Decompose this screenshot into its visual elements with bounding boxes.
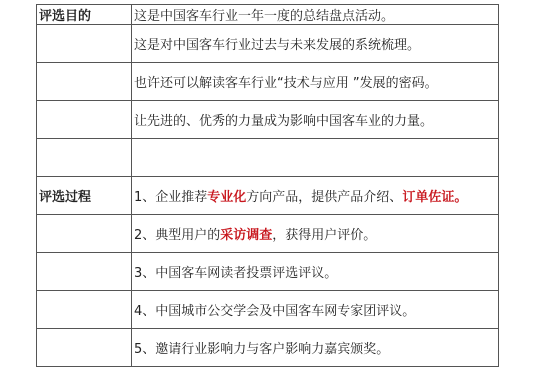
table-row: 也许还可以解读客车行业“技术与应用 ”发展的密码。 (37, 63, 499, 101)
table-cell: 让先进的、优秀的力量成为影响中国客车业的力量。 (132, 101, 499, 139)
cell-text: 也许还可以解读客车行业“技术与应用 ”发展的密码。 (134, 76, 438, 91)
cell-text: 4、中国城市公交学会及中国客车网专家团评议。 (134, 304, 415, 319)
highlight-text: 专业化 (207, 190, 246, 205)
cell-text: 这是对中国客车行业过去与未来发展的系统梳理。 (134, 38, 420, 53)
empty-label-cell (37, 253, 132, 291)
table-cell: 3、中国客车网读者投票评选评议。 (132, 253, 499, 291)
table-cell: 这是中国客车行业一年一度的总结盘点活动。 (132, 5, 499, 25)
empty-cell (132, 139, 499, 177)
cell-text: 1、企业推荐 (134, 190, 207, 205)
cell-text: 让先进的、优秀的力量成为影响中国客车业的力量。 (134, 114, 433, 129)
cell-text: 3、中国客车网读者投票评选评议。 (134, 266, 337, 281)
highlight-text: 订单佐证。 (402, 190, 467, 205)
cell-text: ，获得用户评价。 (272, 228, 376, 243)
cell-text: 5、邀请行业影响力与客户影响力嘉宾颁奖。 (134, 342, 389, 357)
table-row: 4、中国城市公交学会及中国客车网专家团评议。 (37, 291, 499, 329)
table-row (37, 139, 499, 177)
table-row: 3、中国客车网读者投票评选评议。 (37, 253, 499, 291)
cell-text: 这是中国客车行业一年一度的总结盘点活动。 (134, 9, 394, 24)
empty-label-cell (37, 215, 132, 253)
section-label-purpose: 评选目的 (37, 5, 132, 25)
table-row: 评选过程 1、企业推荐专业化方向产品，提供产品介绍、订单佐证。 (37, 177, 499, 215)
table-cell: 5、邀请行业影响力与客户影响力嘉宾颁奖。 (132, 329, 499, 367)
table-row: 这是对中国客车行业过去与未来发展的系统梳理。 (37, 25, 499, 63)
table-cell: 2、典型用户的采访调查，获得用户评价。 (132, 215, 499, 253)
cell-text: 2、典型用户的 (134, 228, 220, 243)
empty-label-cell (37, 63, 132, 101)
table-row: 2、典型用户的采访调查，获得用户评价。 (37, 215, 499, 253)
empty-label-cell (37, 101, 132, 139)
table-cell: 也许还可以解读客车行业“技术与应用 ”发展的密码。 (132, 63, 499, 101)
empty-label-cell (37, 329, 132, 367)
table-row: 5、邀请行业影响力与客户影响力嘉宾颁奖。 (37, 329, 499, 367)
empty-label-cell (37, 291, 132, 329)
empty-label-cell (37, 139, 132, 177)
highlight-text: 采访调查 (220, 228, 272, 243)
table-cell: 1、企业推荐专业化方向产品，提供产品介绍、订单佐证。 (132, 177, 499, 215)
table-row: 评选目的 这是中国客车行业一年一度的总结盘点活动。 (37, 5, 499, 25)
table-cell: 这是对中国客车行业过去与未来发展的系统梳理。 (132, 25, 499, 63)
section-label-process: 评选过程 (37, 177, 132, 215)
evaluation-table: 评选目的 这是中国客车行业一年一度的总结盘点活动。 这是对中国客车行业过去与未来… (36, 4, 499, 367)
table-cell: 4、中国城市公交学会及中国客车网专家团评议。 (132, 291, 499, 329)
table-row: 让先进的、优秀的力量成为影响中国客车业的力量。 (37, 101, 499, 139)
empty-label-cell (37, 25, 132, 63)
cell-text: 方向产品，提供产品介绍、 (246, 190, 402, 205)
